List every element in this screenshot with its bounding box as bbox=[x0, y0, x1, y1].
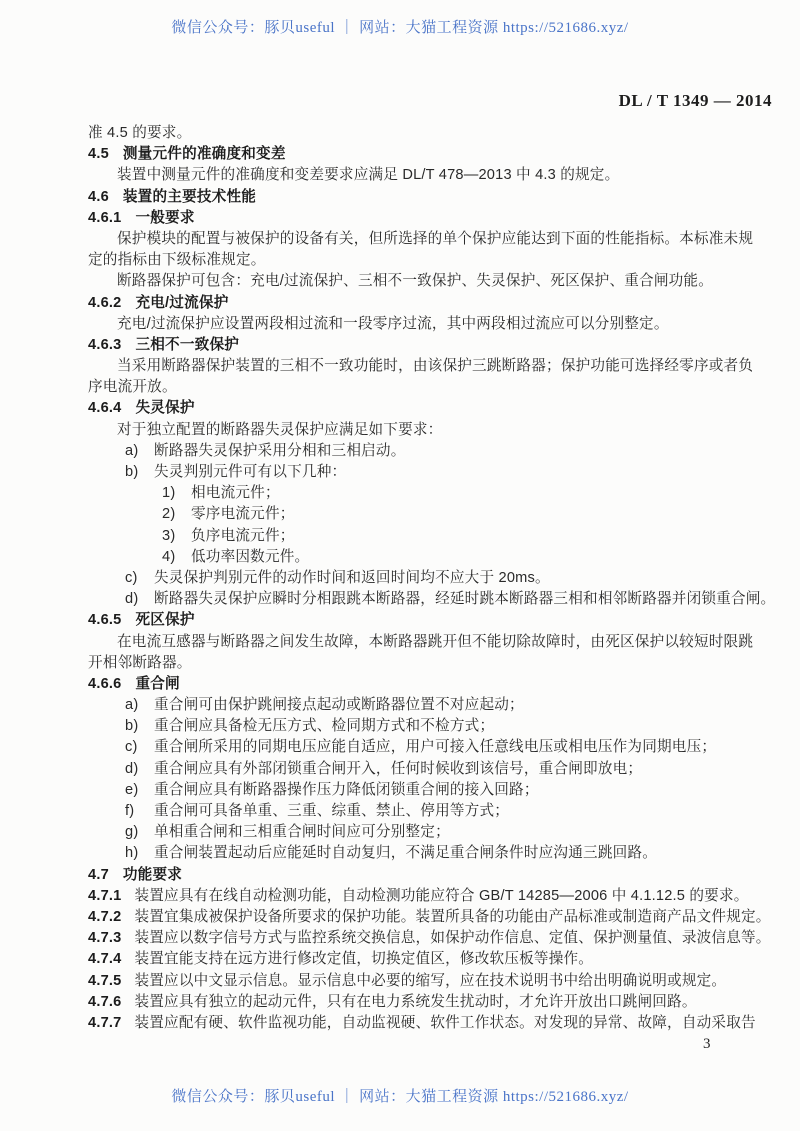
clause-number: 4.6.3 bbox=[88, 337, 121, 353]
clause-number: 4.6.1 bbox=[88, 210, 121, 226]
list-marker: f) bbox=[125, 801, 141, 822]
line-text: 重合闸应具有外部闭锁重合闸开入，任何时候收到该信号，重合闸即放电； bbox=[154, 761, 642, 777]
text-line: b)重合闸应具备检无压方式、检同期方式和不检方式； bbox=[88, 716, 783, 737]
text-line: 4.7.6装置应具有独立的起动元件，只有在电力系统发生扰动时，才允许开放出口跳闸… bbox=[88, 992, 783, 1013]
line-text: 重合闸应具有断路器操作压力降低闭锁重合闸的接入回路； bbox=[154, 782, 539, 798]
text-line: 对于独立配置的断路器失灵保护应满足如下要求： bbox=[88, 420, 783, 441]
line-text: 充电/过流保护 bbox=[135, 295, 228, 311]
line-text: 当采用断路器保护装置的三相不一致功能时，由该保护三跳断路器；保护功能可选择经零序… bbox=[117, 358, 753, 374]
line-text: 序电流开放。 bbox=[88, 379, 177, 395]
text-line: 装置中测量元件的准确度和变差要求应满足 DL/T 478—2013 中 4.3 … bbox=[88, 165, 783, 186]
standard-number: DL / T 1349 — 2014 bbox=[619, 91, 772, 111]
list-marker: a) bbox=[125, 441, 141, 462]
text-line: 2)零序电流元件； bbox=[88, 504, 783, 525]
text-line: 定的指标由下级标准规定。 bbox=[88, 250, 783, 271]
text-line: c)失灵保护判别元件的动作时间和返回时间均不应大于 20ms。 bbox=[88, 568, 783, 589]
clause-number: 4.7.2 bbox=[88, 909, 121, 925]
text-line: 4.7功能要求 bbox=[88, 865, 783, 886]
line-text: 功能要求 bbox=[123, 867, 182, 883]
list-marker: e) bbox=[125, 780, 141, 801]
text-line: 4.7.5装置应以中文显示信息。显示信息中必要的缩写，应在技术说明书中给出明确说… bbox=[88, 971, 783, 992]
text-line: 4.6.1一般要求 bbox=[88, 208, 783, 229]
line-text: 重合闸可具备单重、三重、综重、禁止、停用等方式； bbox=[154, 803, 509, 819]
list-marker: 3) bbox=[162, 526, 178, 547]
text-line: d)断路器失灵保护应瞬时分相跟跳本断路器，经延时跳本断路器三相和相邻断路器并闭锁… bbox=[88, 589, 783, 610]
text-line: 4.6.4失灵保护 bbox=[88, 398, 783, 419]
clause-number: 4.6.4 bbox=[88, 400, 121, 416]
clause-number: 4.6.5 bbox=[88, 612, 121, 628]
text-line: 4.5测量元件的准确度和变差 bbox=[88, 144, 783, 165]
line-text: 失灵保护判别元件的动作时间和返回时间均不应大于 20ms。 bbox=[154, 570, 550, 586]
line-text: 断路器失灵保护采用分相和三相启动。 bbox=[154, 443, 406, 459]
clause-number: 4.7.7 bbox=[88, 1015, 121, 1031]
list-marker: h) bbox=[125, 843, 141, 864]
text-line: 4.6装置的主要技术性能 bbox=[88, 187, 783, 208]
line-text: 充电/过流保护应设置两段相过流和一段零序过流，其中两段相过流应可以分别整定。 bbox=[117, 316, 669, 332]
line-text: 断路器保护可包含：充电/过流保护、三相不一致保护、失灵保护、死区保护、重合闸功能… bbox=[117, 273, 713, 289]
clause-number: 4.6 bbox=[88, 189, 109, 205]
header-watermark: 微信公众号：豚贝useful ｜ 网站：大猫工程资源 https://52168… bbox=[0, 16, 800, 37]
text-line: b)失灵判别元件可有以下几种： bbox=[88, 462, 783, 483]
text-line: 充电/过流保护应设置两段相过流和一段零序过流，其中两段相过流应可以分别整定。 bbox=[88, 314, 783, 335]
list-marker: 2) bbox=[162, 504, 178, 525]
line-text: 准 4.5 的要求。 bbox=[88, 125, 191, 141]
clause-number: 4.7.1 bbox=[88, 888, 121, 904]
text-line: 4.7.7装置应配有硬、软件监视功能，自动监视硬、软件工作状态。对发现的异常、故… bbox=[88, 1013, 783, 1034]
line-text: 重合闸所采用的同期电压应能自适应，用户可接入任意线电压或相电压作为同期电压； bbox=[154, 739, 716, 755]
text-line: h)重合闸装置起动后应能延时自动复归，不满足重合闸条件时应沟通三跳回路。 bbox=[88, 843, 783, 864]
line-text: 装置的主要技术性能 bbox=[123, 189, 256, 205]
text-line: 4.7.2装置宜集成被保护设备所要求的保护功能。装置所具备的功能由产品标准或制造… bbox=[88, 907, 783, 928]
line-text: 相电流元件； bbox=[191, 485, 280, 501]
clause-number: 4.7.5 bbox=[88, 973, 121, 989]
line-text: 零序电流元件； bbox=[191, 506, 295, 522]
line-text: 装置应以数字信号方式与监控系统交换信息，如保护动作信息、定值、保护测量值、录波信… bbox=[134, 930, 770, 946]
list-marker: d) bbox=[125, 589, 141, 610]
line-text: 断路器失灵保护应瞬时分相跟跳本断路器，经延时跳本断路器三相和相邻断路器并闭锁重合… bbox=[154, 591, 775, 607]
clause-number: 4.6.6 bbox=[88, 676, 121, 692]
document-body: 准 4.5 的要求。4.5测量元件的准确度和变差装置中测量元件的准确度和变差要求… bbox=[88, 123, 783, 1034]
text-line: 4.7.1装置应具有在线自动检测功能，自动检测功能应符合 GB/T 14285—… bbox=[88, 886, 783, 907]
text-line: 准 4.5 的要求。 bbox=[88, 123, 783, 144]
text-line: c)重合闸所采用的同期电压应能自适应，用户可接入任意线电压或相电压作为同期电压； bbox=[88, 737, 783, 758]
line-text: 重合闸装置起动后应能延时自动复归，不满足重合闸条件时应沟通三跳回路。 bbox=[154, 845, 657, 861]
line-text: 三相不一致保护 bbox=[135, 337, 239, 353]
list-marker: b) bbox=[125, 462, 141, 483]
line-text: 失灵保护 bbox=[135, 400, 194, 416]
list-marker: b) bbox=[125, 716, 141, 737]
text-line: 当采用断路器保护装置的三相不一致功能时，由该保护三跳断路器；保护功能可选择经零序… bbox=[88, 356, 783, 377]
footer-watermark: 微信公众号：豚贝useful ｜ 网站：大猫工程资源 https://52168… bbox=[0, 1085, 800, 1106]
line-text: 装置应配有硬、软件监视功能，自动监视硬、软件工作状态。对发现的异常、故障，自动采… bbox=[134, 1015, 755, 1031]
line-text: 装置宜能支持在远方进行修改定值，切换定值区，修改软压板等操作。 bbox=[134, 951, 593, 967]
list-marker: a) bbox=[125, 695, 141, 716]
line-text: 负序电流元件； bbox=[191, 528, 295, 544]
clause-number: 4.7.3 bbox=[88, 930, 121, 946]
text-line: 断路器保护可包含：充电/过流保护、三相不一致保护、失灵保护、死区保护、重合闸功能… bbox=[88, 271, 783, 292]
text-line: 序电流开放。 bbox=[88, 377, 783, 398]
line-text: 装置宜集成被保护设备所要求的保护功能。装置所具备的功能由产品标准或制造商产品文件… bbox=[134, 909, 770, 925]
list-marker: g) bbox=[125, 822, 141, 843]
text-line: a)重合闸可由保护跳闸接点起动或断路器位置不对应起动； bbox=[88, 695, 783, 716]
clause-number: 4.6.2 bbox=[88, 295, 121, 311]
line-text: 装置应以中文显示信息。显示信息中必要的缩写，应在技术说明书中给出明确说明或规定。 bbox=[134, 973, 726, 989]
line-text: 装置应具有在线自动检测功能，自动检测功能应符合 GB/T 14285—2006 … bbox=[134, 888, 748, 904]
text-line: e)重合闸应具有断路器操作压力降低闭锁重合闸的接入回路； bbox=[88, 780, 783, 801]
line-text: 失灵判别元件可有以下几种： bbox=[154, 464, 346, 480]
text-line: 4.6.5死区保护 bbox=[88, 610, 783, 631]
text-line: 4.6.2充电/过流保护 bbox=[88, 293, 783, 314]
text-line: 1)相电流元件； bbox=[88, 483, 783, 504]
text-line: g)单相重合闸和三相重合闸时间应可分别整定； bbox=[88, 822, 783, 843]
line-text: 对于独立配置的断路器失灵保护应满足如下要求： bbox=[117, 422, 442, 438]
text-line: 4)低功率因数元件。 bbox=[88, 547, 783, 568]
line-text: 开相邻断路器。 bbox=[88, 655, 192, 671]
text-line: 4.6.6重合闸 bbox=[88, 674, 783, 695]
text-line: 3)负序电流元件； bbox=[88, 526, 783, 547]
list-marker: d) bbox=[125, 759, 141, 780]
text-line: 在电流互感器与断路器之间发生故障，本断路器跳开但不能切除故障时，由死区保护以较短… bbox=[88, 632, 783, 653]
line-text: 装置中测量元件的准确度和变差要求应满足 DL/T 478—2013 中 4.3 … bbox=[117, 167, 619, 183]
clause-number: 4.5 bbox=[88, 146, 109, 162]
line-text: 重合闸应具备检无压方式、检同期方式和不检方式； bbox=[154, 718, 494, 734]
list-marker: 4) bbox=[162, 547, 178, 568]
line-text: 单相重合闸和三相重合闸时间应可分别整定； bbox=[154, 824, 450, 840]
line-text: 装置应具有独立的起动元件，只有在电力系统发生扰动时，才允许开放出口跳闸回路。 bbox=[134, 994, 696, 1010]
line-text: 测量元件的准确度和变差 bbox=[123, 146, 286, 162]
text-line: 4.7.4装置宜能支持在远方进行修改定值，切换定值区，修改软压板等操作。 bbox=[88, 949, 783, 970]
line-text: 死区保护 bbox=[135, 612, 194, 628]
line-text: 保护模块的配置与被保护的设备有关，但所选择的单个保护应能达到下面的性能指标。本标… bbox=[117, 231, 753, 247]
line-text: 重合闸可由保护跳闸接点起动或断路器位置不对应起动； bbox=[154, 697, 524, 713]
line-text: 低功率因数元件。 bbox=[191, 549, 309, 565]
list-marker: c) bbox=[125, 568, 141, 589]
clause-number: 4.7 bbox=[88, 867, 109, 883]
clause-number: 4.7.4 bbox=[88, 951, 121, 967]
list-marker: 1) bbox=[162, 483, 178, 504]
text-line: d)重合闸应具有外部闭锁重合闸开入，任何时候收到该信号，重合闸即放电； bbox=[88, 759, 783, 780]
scanned-document-page: 微信公众号：豚贝useful ｜ 网站：大猫工程资源 https://52168… bbox=[0, 0, 800, 1131]
line-text: 重合闸 bbox=[135, 676, 179, 692]
text-line: 4.7.3装置应以数字信号方式与监控系统交换信息，如保护动作信息、定值、保护测量… bbox=[88, 928, 783, 949]
list-marker: c) bbox=[125, 737, 141, 758]
text-line: 保护模块的配置与被保护的设备有关，但所选择的单个保护应能达到下面的性能指标。本标… bbox=[88, 229, 783, 250]
line-text: 定的指标由下级标准规定。 bbox=[88, 252, 266, 268]
line-text: 在电流互感器与断路器之间发生故障，本断路器跳开但不能切除故障时，由死区保护以较短… bbox=[117, 634, 753, 650]
line-text: 一般要求 bbox=[135, 210, 194, 226]
text-line: a)断路器失灵保护采用分相和三相启动。 bbox=[88, 441, 783, 462]
clause-number: 4.7.6 bbox=[88, 994, 121, 1010]
text-line: f)重合闸可具备单重、三重、综重、禁止、停用等方式； bbox=[88, 801, 783, 822]
text-line: 开相邻断路器。 bbox=[88, 653, 783, 674]
text-line: 4.6.3三相不一致保护 bbox=[88, 335, 783, 356]
page-number: 3 bbox=[703, 1036, 711, 1053]
